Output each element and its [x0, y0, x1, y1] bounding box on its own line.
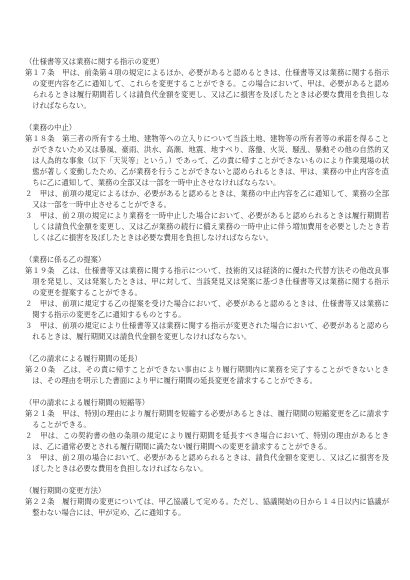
section-contractor-proposal: （業務に係る乙の提案） 第１９条 乙は、仕様書等又は業務に関する指示について、技…: [25, 254, 389, 342]
article-19-paragraph-2: ２ 甲は、前項に規定する乙の提案を受けた場合において、必要があると認めるときは、…: [25, 298, 389, 320]
section-heading: （乙の請求による履行期間の延長）: [25, 353, 389, 364]
article-19-paragraph-3: ３ 甲は、前項の規定により仕様書等又は業務に関する指示が変更された場合において、…: [25, 320, 389, 342]
article-18-paragraph-2: ２ 甲は、前項の規定によるほか、必要があると認めるときは、業務の中止内容を乙に通…: [25, 188, 389, 210]
section-heading: （甲の請求による履行期間の短縮等）: [25, 397, 389, 408]
section-heading: （仕様書等又は業務に関する指示の変更）: [25, 56, 389, 67]
article-21-paragraph-3: ３ 甲は、前２項の場合において、必要があると認められるときは、請負代金額を変更し…: [25, 452, 389, 474]
article-20-paragraph-1: 第２０条 乙は、その責に帰すことができない事由により履行期間内に業務を完了するこ…: [25, 364, 389, 386]
article-18-paragraph-3: ３ 甲は、前２項の規定により業務を一時中止した場合において、必要があると認められ…: [25, 210, 389, 243]
section-heading: （業務の中止）: [25, 122, 389, 133]
article-18-paragraph-1: 第１８条 第三者の所有する土地、建物等への立入りについて当該土地、建物等の所有者…: [25, 133, 389, 188]
section-period-extension: （乙の請求による履行期間の延長） 第２０条 乙は、その責に帰すことができない事由…: [25, 353, 389, 386]
article-21-paragraph-1: 第２１条 甲は、特別の理由により履行期間を短縮する必要があるときは、履行期間の短…: [25, 408, 389, 430]
article-19-paragraph-1: 第１９条 乙は、仕様書等又は業務に関する指示について、技術的又は経済的に優れた代…: [25, 265, 389, 298]
section-heading: （履行期間の変更方法）: [25, 485, 389, 496]
article-21-paragraph-2: ２ 甲は、この契約書の他の条項の規定により履行期間を延長すべき場合において、特別…: [25, 430, 389, 452]
section-work-suspension: （業務の中止） 第１８条 第三者の所有する土地、建物等への立入りについて当該土地…: [25, 122, 389, 243]
section-spec-change: （仕様書等又は業務に関する指示の変更） 第１７条 甲は、前条第４項の規定によるほ…: [25, 56, 389, 111]
document-page: （仕様書等又は業務に関する指示の変更） 第１７条 甲は、前条第４項の規定によるほ…: [0, 0, 410, 580]
article-17-paragraph-1: 第１７条 甲は、前条第４項の規定によるほか、必要があると認めるときは、仕様書等又…: [25, 67, 389, 111]
section-period-shortening: （甲の請求による履行期間の短縮等） 第２１条 甲は、特別の理由により履行期間を短…: [25, 397, 389, 474]
section-heading: （業務に係る乙の提案）: [25, 254, 389, 265]
section-period-change-method: （履行期間の変更方法） 第２２条 履行期間の変更については、甲乙協議して定める。…: [25, 485, 389, 518]
article-22-paragraph-1: 第２２条 履行期間の変更については、甲乙協議して定める。ただし、協議開始の日から…: [25, 496, 389, 518]
